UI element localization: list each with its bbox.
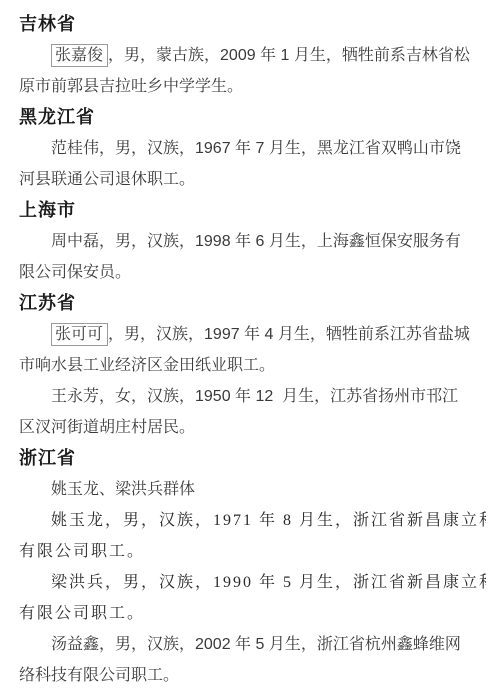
section-heading: 浙江省 xyxy=(19,443,486,474)
section-jiangsu: 江苏省 张可可，男，汉族，1997 年 4 月生，牺牲前系江苏省盐城 市响水县工… xyxy=(19,288,486,443)
paragraph-line: 河县联通公司退休职工。 xyxy=(19,164,486,195)
paragraph-text: ，男，汉族，1997 年 4 月生，牺牲前系江苏省盐城 xyxy=(108,326,470,343)
boxed-name: 张可可 xyxy=(51,323,108,346)
section-heading: 吉林省 xyxy=(19,9,486,40)
paragraph-line: 梁洪兵，男，汉族，1990 年 5 月生，浙江省新昌康立科技 xyxy=(19,567,486,598)
section-heilongjiang: 黑龙江省 范桂伟，男，汉族，1967 年 7 月生，黑龙江省双鸭山市饶 河县联通… xyxy=(19,102,486,195)
section-heading: 上海市 xyxy=(19,195,486,226)
paragraph-line: 范桂伟，男，汉族，1967 年 7 月生，黑龙江省双鸭山市饶 xyxy=(19,133,486,164)
section-zhejiang: 浙江省 姚玉龙、梁洪兵群体 姚玉龙，男，汉族，1971 年 8 月生，浙江省新昌… xyxy=(19,443,486,691)
paragraph-line: 张可可，男，汉族，1997 年 4 月生，牺牲前系江苏省盐城 xyxy=(19,319,486,350)
paragraph-line: 有限公司职工。 xyxy=(19,536,486,567)
paragraph-line: 原市前郭县吉拉吐乡中学学生。 xyxy=(19,71,486,102)
document-page: 吉林省 张嘉俊，男，蒙古族，2009 年 1 月生，牺牲前系吉林省松 原市前郭县… xyxy=(0,0,498,700)
paragraph-line: 有限公司职工。 xyxy=(19,598,486,629)
paragraph-text: ，男，蒙古族，2009 年 1 月生，牺牲前系吉林省松 xyxy=(108,47,470,64)
paragraph-line: 姚玉龙，男，汉族，1971 年 8 月生，浙江省新昌康立科技 xyxy=(19,505,486,536)
boxed-name: 张嘉俊 xyxy=(51,44,108,67)
paragraph-line: 张嘉俊，男，蒙古族，2009 年 1 月生，牺牲前系吉林省松 xyxy=(19,40,486,71)
paragraph-line: 王永芳，女，汉族，1950 年 12 月生，江苏省扬州市邗江 xyxy=(19,381,486,412)
section-jilin: 吉林省 张嘉俊，男，蒙古族，2009 年 1 月生，牺牲前系吉林省松 原市前郭县… xyxy=(19,9,486,102)
paragraph-line: 市响水县工业经济区金田纸业职工。 xyxy=(19,350,486,381)
section-heading: 江苏省 xyxy=(19,288,486,319)
paragraph-line: 周中磊，男，汉族，1998 年 6 月生，上海鑫恒保安服务有 xyxy=(19,226,486,257)
paragraph-line: 区汊河街道胡庄村居民。 xyxy=(19,412,486,443)
group-title: 姚玉龙、梁洪兵群体 xyxy=(19,474,486,505)
paragraph-line: 限公司保安员。 xyxy=(19,257,486,288)
section-heading: 黑龙江省 xyxy=(19,102,486,133)
paragraph-line: 络科技有限公司职工。 xyxy=(19,660,486,691)
paragraph-line: 汤益鑫，男，汉族，2002 年 5 月生，浙江省杭州鑫蜂维网 xyxy=(19,629,486,660)
section-shanghai: 上海市 周中磊，男，汉族，1998 年 6 月生，上海鑫恒保安服务有 限公司保安… xyxy=(19,195,486,288)
